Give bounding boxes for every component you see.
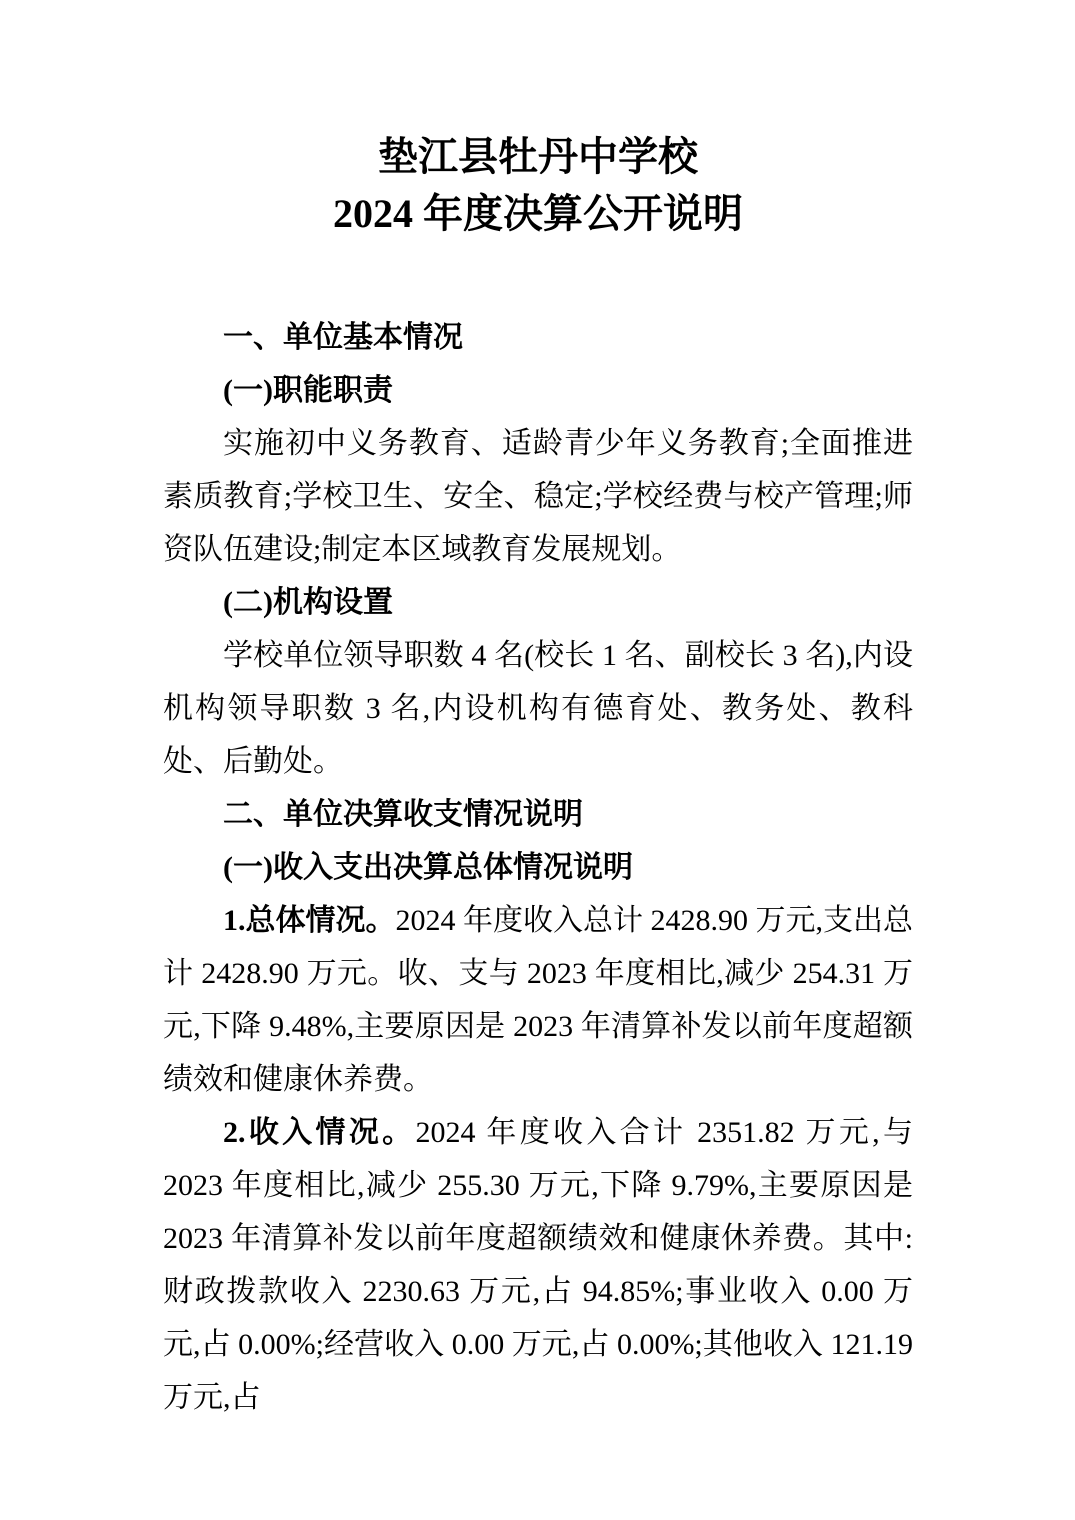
subsection-heading-organization: (二)机构设置 [163, 576, 913, 629]
document-content: 垫江县牡丹中学校 2024 年度决算公开说明 一、单位基本情况 (一)职能职责 … [163, 128, 913, 1424]
document-title-line2: 2024 年度决算公开说明 [163, 185, 913, 242]
subsection-heading-overall-situation: (一)收入支出决算总体情况说明 [163, 841, 913, 894]
paragraph-duties: 实施初中义务教育、适龄青少年义务教育;全面推进素质教育;学校卫生、安全、稳定;学… [163, 417, 913, 576]
paragraph-organization: 学校单位领导职数 4 名(校长 1 名、副校长 3 名),内设机构领导职数 3 … [163, 629, 913, 788]
paragraph-overall-situation: 1.总体情况。2024 年度收入总计 2428.90 万元,支出总计 2428.… [163, 894, 913, 1106]
section-heading-final-accounts: 二、单位决算收支情况说明 [163, 788, 913, 841]
section-heading-unit-basic-info: 一、单位基本情况 [163, 311, 913, 364]
subsection-heading-duties: (一)职能职责 [163, 364, 913, 417]
document-page: 垫江县牡丹中学校 2024 年度决算公开说明 一、单位基本情况 (一)职能职责 … [0, 0, 1075, 1520]
paragraph-lead-income: 2.收入情况。 [223, 1116, 416, 1149]
paragraph-text-income: 2024 年度收入合计 2351.82 万元,与 2023 年度相比,减少 25… [163, 1116, 913, 1414]
paragraph-income-situation: 2.收入情况。2024 年度收入合计 2351.82 万元,与 2023 年度相… [163, 1106, 913, 1424]
paragraph-lead-overall: 1.总体情况。 [223, 904, 396, 937]
document-title: 垫江县牡丹中学校 2024 年度决算公开说明 [163, 128, 913, 242]
document-title-line1: 垫江县牡丹中学校 [163, 128, 913, 185]
